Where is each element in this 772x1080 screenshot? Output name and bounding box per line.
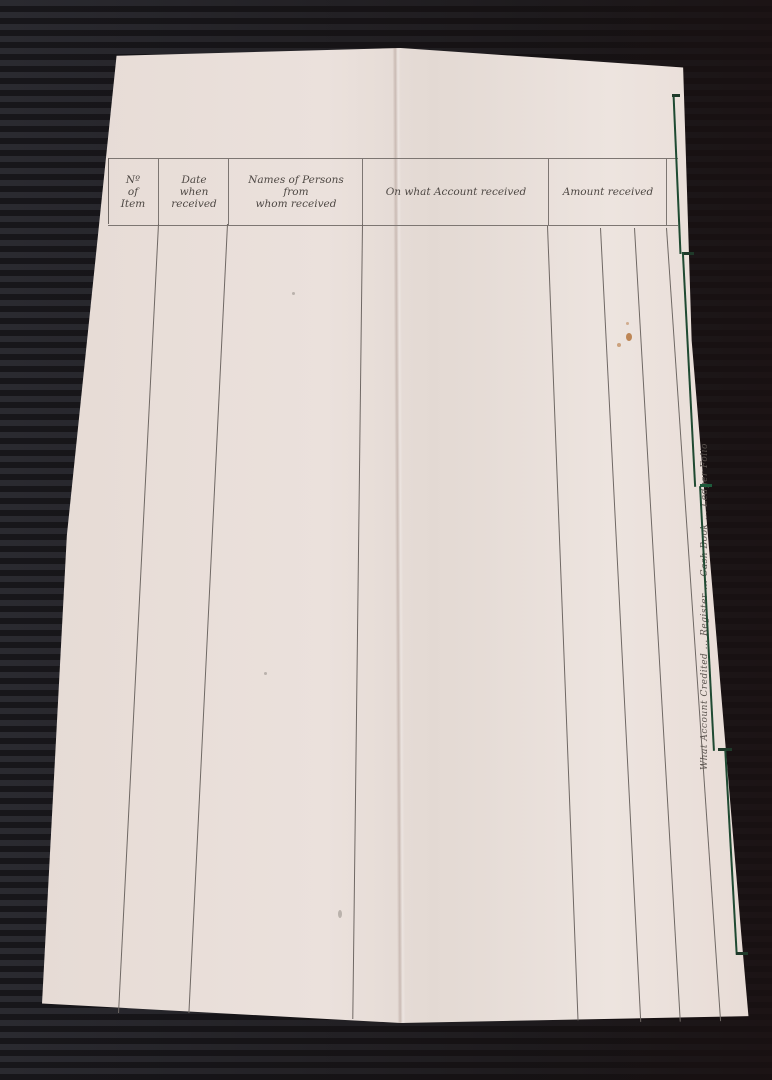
header-amount-label: Amount received: [563, 186, 654, 198]
table-header: Nº of Item Date when received Names of P…: [108, 158, 678, 226]
paper-mark: [292, 292, 295, 295]
header-left-edge: [108, 158, 109, 224]
header-item-no: Nº of Item: [108, 159, 158, 225]
header-date: Date when received: [158, 159, 229, 225]
paper-mark: [264, 672, 267, 675]
header-account: On what Account received: [362, 159, 549, 225]
rust-stain: [626, 333, 632, 341]
header-account-label: On what Account received: [386, 186, 527, 198]
binding-stitch-5: [736, 952, 748, 955]
header-names-label: Names of Persons from whom received: [248, 174, 344, 210]
header-amount: Amount received: [548, 159, 667, 225]
binding-stitch-1: [672, 94, 680, 97]
rust-stain: [617, 343, 621, 347]
paper-mark: [338, 910, 342, 918]
binding-stitch-3: [700, 484, 712, 487]
header-names: Names of Persons from whom received: [228, 159, 363, 225]
header-item-no-label: Nº of Item: [121, 174, 146, 210]
header-date-label: Date when received: [171, 174, 217, 210]
rust-stain: [626, 322, 629, 325]
